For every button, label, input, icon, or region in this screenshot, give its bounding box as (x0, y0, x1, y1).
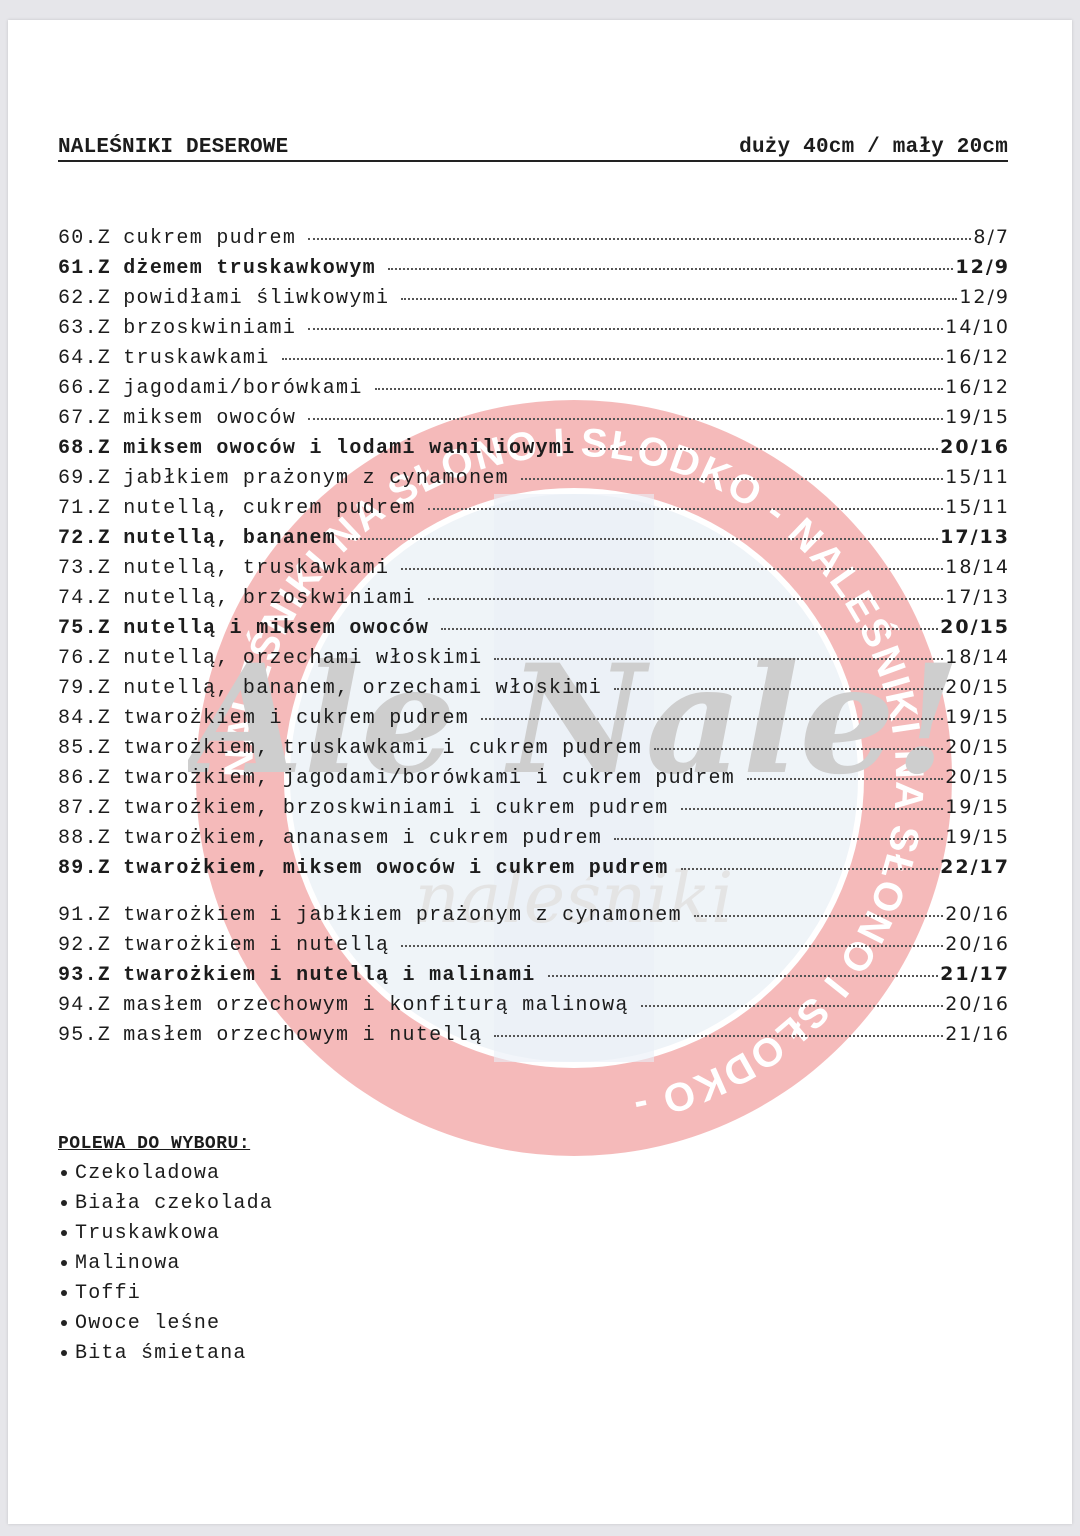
dot-leader (694, 915, 943, 917)
menu-item: 94.Zmasłem orzechowym i konfiturą malino… (58, 993, 1010, 1023)
menu-item: 68.Zmiksem owoców i lodami waniliowymi20… (58, 436, 1010, 466)
item-number: 86.Z (58, 767, 111, 790)
item-price: 15/11 (945, 466, 1010, 488)
item-price: 16/12 (945, 376, 1010, 398)
dot-leader (614, 838, 943, 840)
item-price: 20/15 (945, 766, 1010, 788)
topping-item: Owoce leśne (58, 1308, 273, 1338)
topping-label: Biała czekolada (75, 1192, 273, 1215)
item-number: 62.Z (58, 287, 111, 310)
item-price: 18/14 (945, 646, 1010, 668)
bullet-icon (61, 1350, 67, 1356)
item-number: 88.Z (58, 827, 111, 850)
item-number: 84.Z (58, 707, 111, 730)
menu-item: 69.Zjabłkiem prażonym z cynamonem15/11 (58, 466, 1010, 496)
item-number: 95.Z (58, 1024, 111, 1047)
item-name: powidłami śliwkowymi (123, 287, 389, 310)
item-name: miksem owoców i lodami waniliowymi (123, 437, 575, 460)
item-number: 61.Z (58, 257, 111, 280)
menu-item: 95.Zmasłem orzechowym i nutellą21/16 (58, 1023, 1010, 1053)
item-name: twarożkiem i jabłkiem prażonym z cynamon… (123, 904, 682, 927)
topping-item: Truskawkowa (58, 1218, 273, 1248)
menu-item: 85.Ztwarożkiem, truskawkami i cukrem pud… (58, 736, 1010, 766)
menu-list: 60.Zcukrem pudrem8/761.Zdżemem truskawko… (58, 226, 1010, 1053)
item-number: 89.Z (58, 857, 111, 880)
item-number: 67.Z (58, 407, 111, 430)
item-number: 71.Z (58, 497, 111, 520)
item-name: twarożkiem i nutellą (123, 934, 389, 957)
menu-item: 63.Zbrzoskwiniami14/10 (58, 316, 1010, 346)
dot-leader (401, 945, 943, 947)
item-name: nutellą, brzoskwiniami (123, 587, 416, 610)
dot-leader (681, 868, 939, 870)
dot-leader (401, 568, 943, 570)
toppings-title: POLEWA DO WYBORU: (58, 1134, 273, 1154)
menu-item: 79.Znutellą, bananem, orzechami włoskimi… (58, 676, 1010, 706)
item-price: 17/13 (945, 586, 1010, 608)
menu-item: 62.Zpowidłami śliwkowymi12/9 (58, 286, 1010, 316)
bullet-icon (61, 1230, 67, 1236)
dot-leader (494, 658, 943, 660)
item-price: 21/16 (945, 1023, 1010, 1045)
menu-item: 64.Ztruskawkami16/12 (58, 346, 1010, 376)
dot-leader (588, 448, 939, 450)
item-price: 21/17 (940, 963, 1010, 985)
item-price: 12/9 (959, 286, 1010, 308)
topping-label: Malinowa (75, 1252, 181, 1275)
item-number: 73.Z (58, 557, 111, 580)
item-name: twarożkiem, miksem owoców i cukrem pudre… (123, 857, 668, 880)
item-number: 94.Z (58, 994, 111, 1017)
topping-item: Malinowa (58, 1248, 273, 1278)
item-name: miksem owoców (123, 407, 296, 430)
item-name: twarożkiem i nutellą i malinami (123, 964, 535, 987)
menu-page: NALEŚNIKI NA SŁONO I SŁODKO - NALEŚNIKI … (8, 20, 1072, 1524)
dot-leader (548, 975, 939, 977)
item-price: 20/16 (945, 903, 1010, 925)
item-price: 15/11 (945, 496, 1010, 518)
item-name: dżemem truskawkowym (123, 257, 376, 280)
item-name: nutellą, truskawkami (123, 557, 389, 580)
dot-leader (308, 238, 971, 240)
item-number: 74.Z (58, 587, 111, 610)
item-name: cukrem pudrem (123, 227, 296, 250)
item-name: jagodami/borówkami (123, 377, 362, 400)
item-number: 60.Z (58, 227, 111, 250)
menu-item: 76.Znutellą, orzechami włoskimi18/14 (58, 646, 1010, 676)
item-name: nutellą, orzechami włoskimi (123, 647, 482, 670)
item-price: 19/15 (945, 796, 1010, 818)
item-price: 20/16 (940, 436, 1010, 458)
item-number: 92.Z (58, 934, 111, 957)
item-name: twarożkiem, ananasem i cukrem pudrem (123, 827, 602, 850)
item-price: 17/13 (940, 526, 1010, 548)
item-name: jabłkiem prażonym z cynamonem (123, 467, 509, 490)
menu-item: 87.Ztwarożkiem, brzoskwiniami i cukrem p… (58, 796, 1010, 826)
item-number: 66.Z (58, 377, 111, 400)
dot-leader (441, 628, 938, 630)
dot-leader (428, 508, 943, 510)
menu-item: 89.Ztwarożkiem, miksem owoców i cukrem p… (58, 856, 1010, 886)
item-price: 22/17 (940, 856, 1010, 878)
item-number: 76.Z (58, 647, 111, 670)
menu-item: 75.Znutellą i miksem owoców20/15 (58, 616, 1010, 646)
dot-leader (641, 1005, 944, 1007)
item-number: 75.Z (58, 617, 111, 640)
item-price: 20/16 (945, 933, 1010, 955)
topping-label: Bita śmietana (75, 1342, 247, 1365)
item-name: nutellą i miksem owoców (123, 617, 429, 640)
menu-item: 84.Ztwarożkiem i cukrem pudrem19/15 (58, 706, 1010, 736)
item-price: 20/15 (940, 616, 1010, 638)
topping-label: Toffi (75, 1282, 141, 1305)
item-number: 79.Z (58, 677, 111, 700)
item-price: 8/7 (973, 226, 1010, 248)
dot-leader (388, 268, 953, 270)
topping-item: Bita śmietana (58, 1338, 273, 1368)
item-price: 19/15 (945, 706, 1010, 728)
dot-leader (375, 388, 944, 390)
bullet-icon (61, 1260, 67, 1266)
item-name: twarożkiem, truskawkami i cukrem pudrem (123, 737, 642, 760)
bullet-icon (61, 1290, 67, 1296)
dot-leader (401, 298, 957, 300)
item-number: 72.Z (58, 527, 111, 550)
menu-item: 93.Ztwarożkiem i nutellą i malinami21/17 (58, 963, 1010, 993)
item-number: 69.Z (58, 467, 111, 490)
size-legend: duży 40cm / mały 20cm (739, 136, 1008, 160)
item-name: masłem orzechowym i konfiturą malinową (123, 994, 628, 1017)
dot-leader (654, 748, 943, 750)
item-number: 87.Z (58, 797, 111, 820)
bullet-icon (61, 1200, 67, 1206)
dot-leader (308, 418, 943, 420)
item-name: twarożkiem, jagodami/borówkami i cukrem … (123, 767, 735, 790)
topping-label: Truskawkowa (75, 1222, 220, 1245)
menu-item: 92.Ztwarożkiem i nutellą20/16 (58, 933, 1010, 963)
item-name: nutellą, bananem, orzechami włoskimi (123, 677, 602, 700)
menu-item: 73.Znutellą, truskawkami18/14 (58, 556, 1010, 586)
item-price: 20/15 (945, 676, 1010, 698)
bullet-icon (61, 1320, 67, 1326)
item-name: truskawkami (123, 347, 269, 370)
dot-leader (494, 1035, 943, 1037)
menu-item: 61.Zdżemem truskawkowym12/9 (58, 256, 1010, 286)
topping-label: Owoce leśne (75, 1312, 220, 1335)
section-title: NALEŚNIKI DESEROWE (58, 136, 288, 160)
item-price: 19/15 (945, 406, 1010, 428)
item-price: 19/15 (945, 826, 1010, 848)
menu-item: 71.Znutellą, cukrem pudrem15/11 (58, 496, 1010, 526)
item-name: masłem orzechowym i nutellą (123, 1024, 482, 1047)
topping-label: Czekoladowa (75, 1162, 220, 1185)
bullet-icon (61, 1170, 67, 1176)
item-price: 16/12 (945, 346, 1010, 368)
item-price: 18/14 (945, 556, 1010, 578)
item-name: twarożkiem i cukrem pudrem (123, 707, 469, 730)
menu-item: 91.Ztwarożkiem i jabłkiem prażonym z cyn… (58, 903, 1010, 933)
dot-leader (614, 688, 943, 690)
menu-item: 72.Znutellą, bananem17/13 (58, 526, 1010, 556)
menu-item: 67.Zmiksem owoców19/15 (58, 406, 1010, 436)
item-number: 64.Z (58, 347, 111, 370)
dot-leader (282, 358, 944, 360)
topping-item: Biała czekolada (58, 1188, 273, 1218)
item-number: 93.Z (58, 964, 111, 987)
item-number: 91.Z (58, 904, 111, 927)
item-name: nutellą, bananem (123, 527, 336, 550)
item-price: 20/16 (945, 993, 1010, 1015)
dot-leader (481, 718, 943, 720)
dot-leader (428, 598, 943, 600)
item-number: 63.Z (58, 317, 111, 340)
item-number: 68.Z (58, 437, 111, 460)
item-price: 14/10 (945, 316, 1010, 338)
section-header: NALEŚNIKI DESEROWE duży 40cm / mały 20cm (58, 136, 1008, 162)
item-price: 12/9 (955, 256, 1010, 278)
item-price: 20/15 (945, 736, 1010, 758)
menu-item: 74.Znutellą, brzoskwiniami17/13 (58, 586, 1010, 616)
item-name: nutellą, cukrem pudrem (123, 497, 416, 520)
topping-item: Czekoladowa (58, 1158, 273, 1188)
toppings-section: POLEWA DO WYBORU: CzekoladowaBiała czeko… (58, 1134, 273, 1368)
dot-leader (747, 778, 943, 780)
item-number: 85.Z (58, 737, 111, 760)
dot-leader (348, 538, 938, 540)
item-name: twarożkiem, brzoskwiniami i cukrem pudre… (123, 797, 668, 820)
dot-leader (521, 478, 943, 480)
menu-item: 86.Ztwarożkiem, jagodami/borówkami i cuk… (58, 766, 1010, 796)
toppings-list: CzekoladowaBiała czekoladaTruskawkowaMal… (58, 1158, 273, 1368)
dot-leader (308, 328, 943, 330)
item-name: brzoskwiniami (123, 317, 296, 340)
menu-item: 88.Ztwarożkiem, ananasem i cukrem pudrem… (58, 826, 1010, 856)
menu-item: 60.Zcukrem pudrem8/7 (58, 226, 1010, 256)
topping-item: Toffi (58, 1278, 273, 1308)
dot-leader (681, 808, 944, 810)
menu-item: 66.Zjagodami/borówkami16/12 (58, 376, 1010, 406)
